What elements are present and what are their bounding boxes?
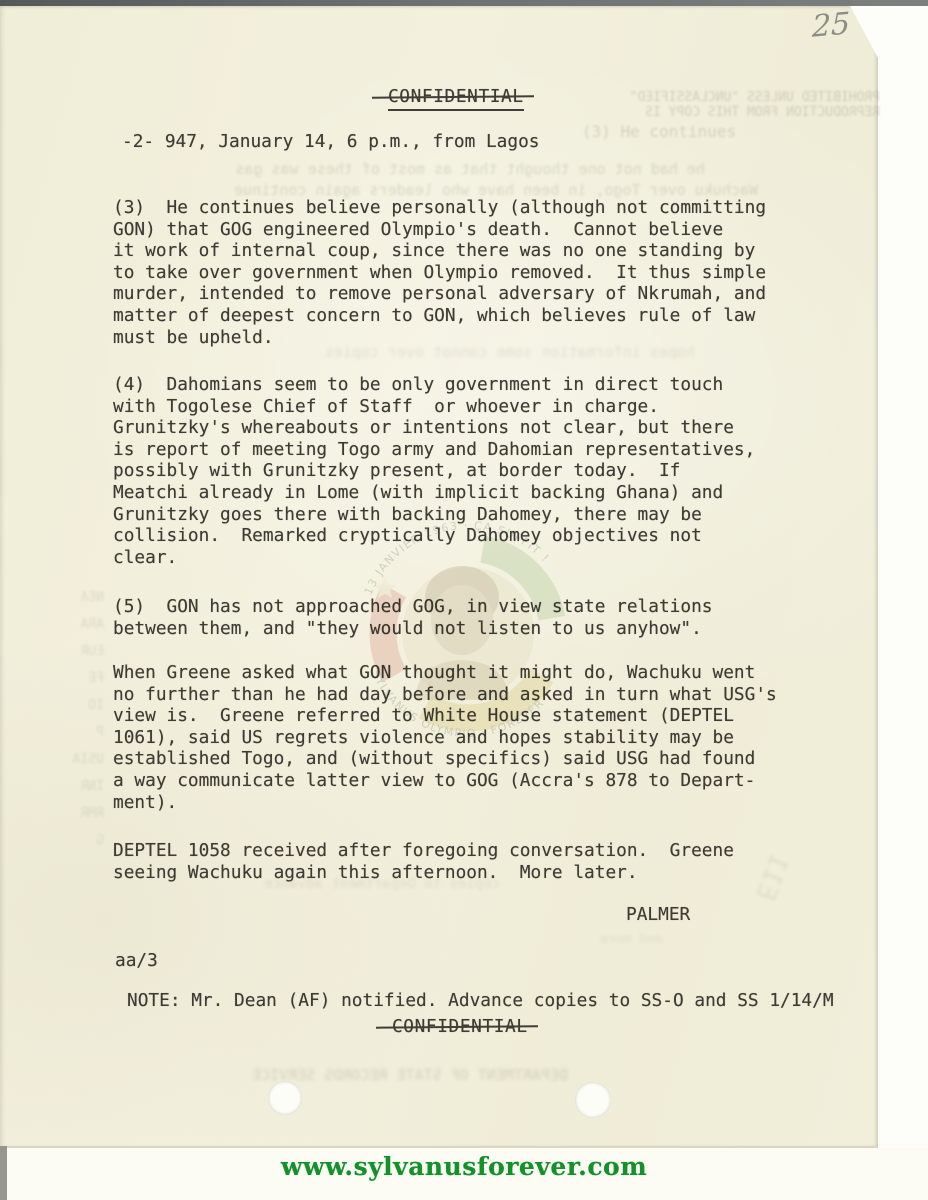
paragraph-4: (4) Dahomians seem to be only government… xyxy=(113,374,813,568)
bleedthrough-distribution-list: NEA ARA EUR FE IO P USIA INR RMR G xyxy=(44,584,104,854)
bleedthrough-text: REPRODUCTION FROM THIS COPY IS xyxy=(585,105,880,120)
typist-reference: aa/3 xyxy=(115,950,158,972)
punch-hole xyxy=(575,1082,611,1118)
telegram-heading: -2- 947, January 14, 6 p.m., from Lagos xyxy=(122,131,540,153)
bleedthrough-stamp-text: DEPARTMENT OF STATE RECORDS SERVICE xyxy=(48,1066,568,1084)
bleedthrough-text: PROHIBITED UNLESS "UNCLASSIFIED" xyxy=(585,90,880,105)
classification-footer-text: CONFIDENTIAL xyxy=(392,1016,528,1038)
classification-header: CONFIDENTIAL xyxy=(388,86,524,111)
paragraph-3: (3) He continues believe personally (alt… xyxy=(113,197,813,348)
bleedthrough-text: (3) He continues xyxy=(582,122,736,141)
handwritten-page-number: 25 xyxy=(812,6,851,45)
classification-footer: CONFIDENTIAL xyxy=(392,1016,528,1038)
paragraph-deptel: DEPTEL 1058 received after foregoing con… xyxy=(113,840,833,883)
bleedthrough-text: he had not one thought that as most of t… xyxy=(130,160,705,178)
note-line: NOTE: Mr. Dean (AF) notified. Advance co… xyxy=(127,990,834,1012)
paragraph-greene-wachuku: When Greene asked what GON thought it mi… xyxy=(113,662,833,813)
website-watermark: www.sylvanusforever.com xyxy=(0,1152,928,1181)
classification-header-text: CONFIDENTIAL xyxy=(388,86,524,108)
bleedthrough-text: and more xyxy=(600,932,663,947)
punch-hole xyxy=(268,1081,302,1115)
paragraph-5: (5) GON has not approached GOG, in view … xyxy=(113,596,813,639)
signature: PALMER xyxy=(626,904,690,926)
